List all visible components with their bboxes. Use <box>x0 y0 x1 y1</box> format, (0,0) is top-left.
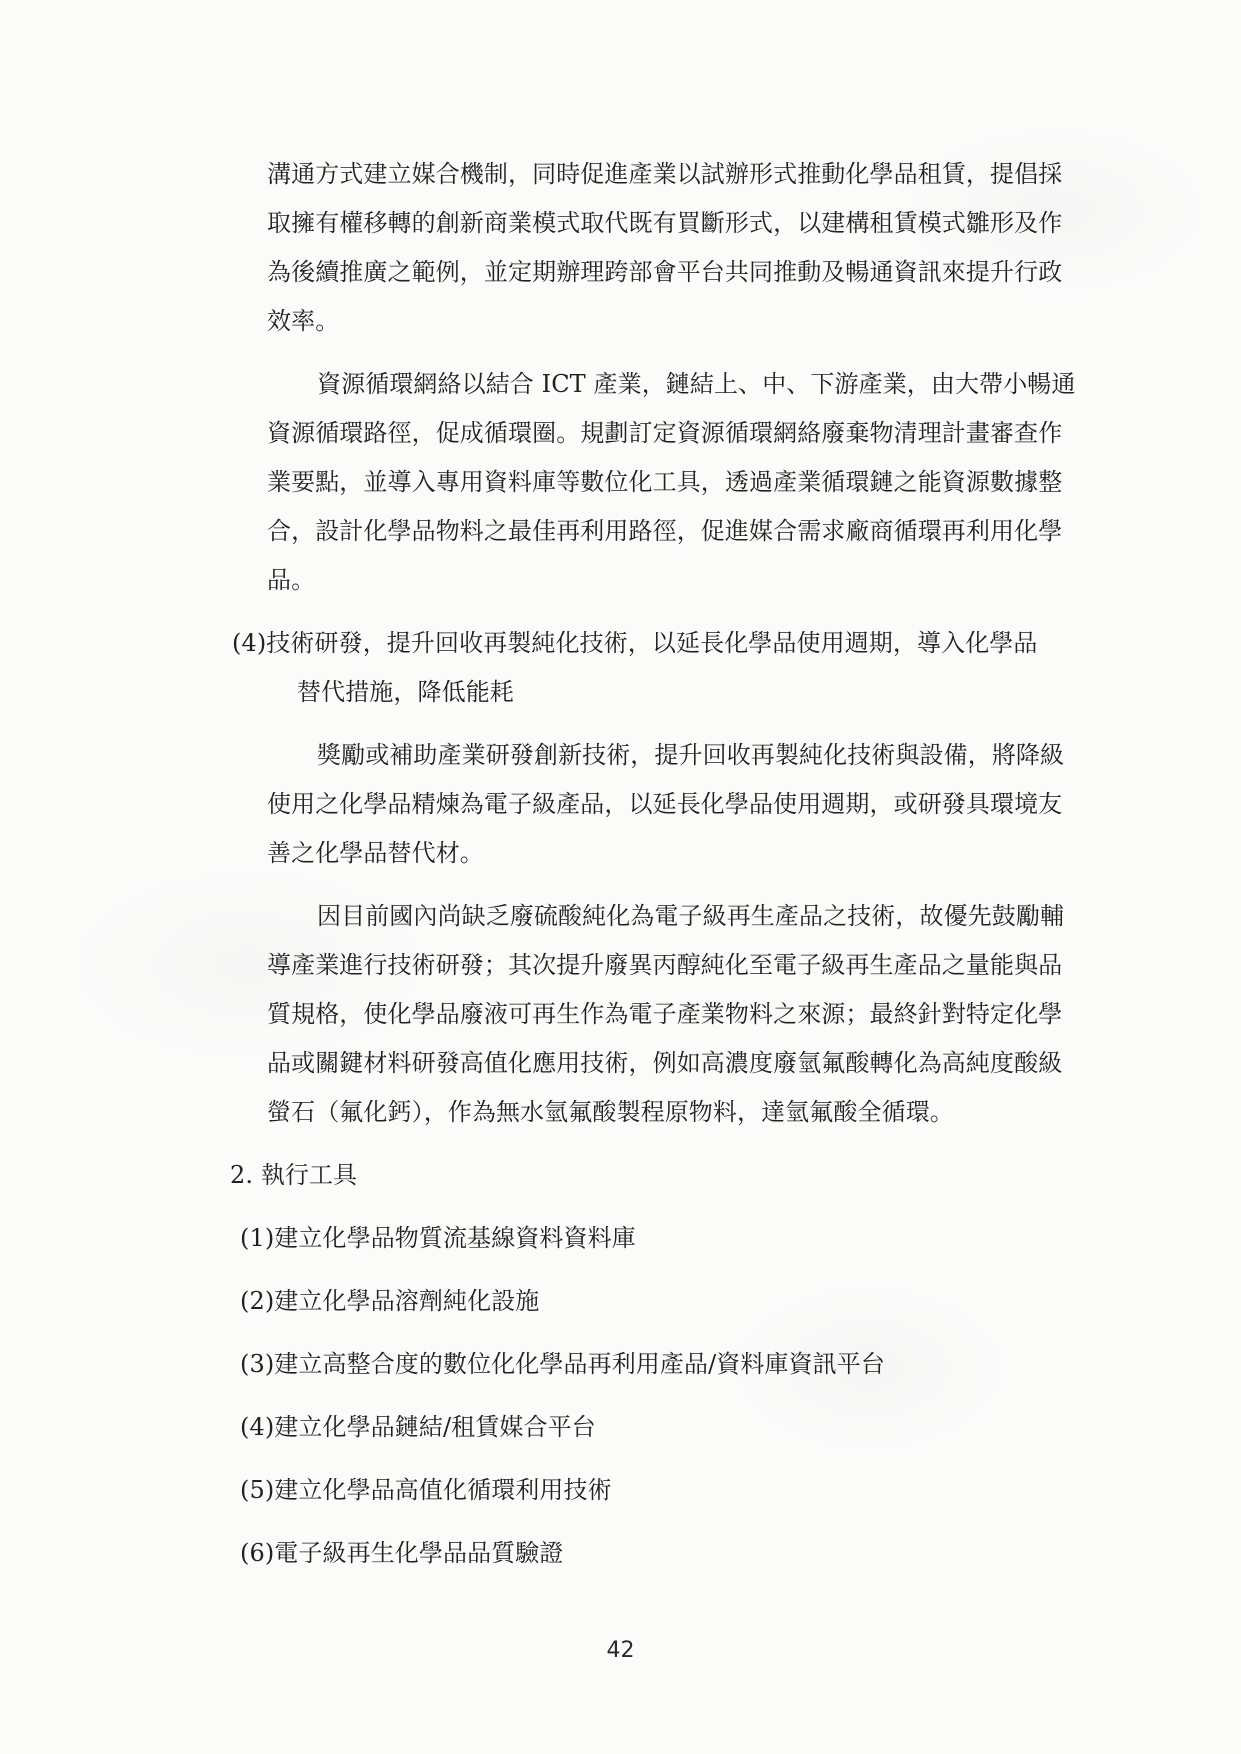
text-line: 效率。 <box>267 297 1067 346</box>
text-line: 溝通方式建立媒合機制，同時促進產業以試辦形式推動化學品租賃，提倡採 <box>267 150 1067 199</box>
text-line: 資源循環路徑，促成循環圈。規劃訂定資源循環網絡廢棄物清理計畫審查作 <box>267 409 1067 458</box>
text-line: (6)電子級再生化學品品質驗證 <box>240 1529 1067 1578</box>
text-line: 資源循環網絡以結合 ICT 產業，鏈結上、中、下游產業，由大帶小暢通 <box>267 360 1067 409</box>
text-line: 取擁有權移轉的創新商業模式取代既有買斷形式，以建構租賃模式雛形及作 <box>267 199 1067 248</box>
tool-item-1: (1)建立化學品物質流基線資料資料庫 <box>267 1214 1067 1263</box>
text-line: 品或關鍵材料研發高值化應用技術，例如高濃度廢氫氟酸轉化為高純度酸級 <box>267 1039 1067 1088</box>
text-line: 合，設計化學品物料之最佳再利用路徑，促進媒合需求廠商循環再利用化學 <box>267 507 1067 556</box>
section-heading: 2. 執行工具 <box>267 1151 1067 1200</box>
page-number: 42 <box>0 1638 1241 1663</box>
text-line: (4)技術研發，提升回收再製純化技術，以延長化學品使用週期，導入化學品 <box>232 619 1067 668</box>
text-column: 溝通方式建立媒合機制，同時促進產業以試辦形式推動化學品租賃，提倡採 取擁有權移轉… <box>267 150 1067 1578</box>
text-line: 善之化學品替代材。 <box>267 829 1067 878</box>
text-line: (4)建立化學品鏈結/租賃媒合平台 <box>240 1403 1067 1452</box>
text-line: 2. 執行工具 <box>230 1151 1067 1200</box>
text-line: 為後續推廣之範例，並定期辦理跨部會平台共同推動及暢通資訊來提升行政 <box>267 248 1067 297</box>
paragraph: 獎勵或補助產業研發創新技術，提升回收再製純化技術與設備，將降級 使用之化學品精煉… <box>267 731 1067 878</box>
paragraph: 資源循環網絡以結合 ICT 產業，鏈結上、中、下游產業，由大帶小暢通 資源循環路… <box>267 360 1067 605</box>
text-line: 使用之化學品精煉為電子級產品，以延長化學品使用週期，或研發具環境友 <box>267 780 1067 829</box>
tool-item-3: (3)建立高整合度的數位化化學品再利用產品/資料庫資訊平台 <box>267 1340 1067 1389</box>
text-line: 獎勵或補助產業研發創新技術，提升回收再製純化技術與設備，將降級 <box>267 731 1067 780</box>
list-item-heading: (4)技術研發，提升回收再製純化技術，以延長化學品使用週期，導入化學品 替代措施… <box>267 619 1067 717</box>
tool-item-5: (5)建立化學品高值化循環利用技術 <box>267 1466 1067 1515</box>
text-line: (5)建立化學品高值化循環利用技術 <box>240 1466 1067 1515</box>
text-line: 質規格，使化學品廢液可再生作為電子產業物料之來源；最終針對特定化學 <box>267 990 1067 1039</box>
text-line: 導產業進行技術研發；其次提升廢異丙醇純化至電子級再生產品之量能與品 <box>267 941 1067 990</box>
tool-item-2: (2)建立化學品溶劑純化設施 <box>267 1277 1067 1326</box>
tool-item-4: (4)建立化學品鏈結/租賃媒合平台 <box>267 1403 1067 1452</box>
text-line: 品。 <box>267 556 1067 605</box>
text-line: 因目前國內尚缺乏廢硫酸純化為電子級再生產品之技術，故優先鼓勵輔 <box>267 892 1067 941</box>
text-line: 業要點，並導入專用資料庫等數位化工具，透過產業循環鏈之能資源數據整 <box>267 458 1067 507</box>
tool-item-6: (6)電子級再生化學品品質驗證 <box>267 1529 1067 1578</box>
text-line: (1)建立化學品物質流基線資料資料庫 <box>240 1214 1067 1263</box>
document-page: 溝通方式建立媒合機制，同時促進產業以試辦形式推動化學品租賃，提倡採 取擁有權移轉… <box>0 0 1241 1754</box>
text-line: (2)建立化學品溶劑純化設施 <box>240 1277 1067 1326</box>
text-line: 替代措施，降低能耗 <box>297 668 1067 717</box>
paragraph-continuation: 溝通方式建立媒合機制，同時促進產業以試辦形式推動化學品租賃，提倡採 取擁有權移轉… <box>267 150 1067 346</box>
text-line: 螢石（氟化鈣），作為無水氫氟酸製程原物料，達氫氟酸全循環。 <box>267 1088 1067 1137</box>
paragraph: 因目前國內尚缺乏廢硫酸純化為電子級再生產品之技術，故優先鼓勵輔 導產業進行技術研… <box>267 892 1067 1137</box>
text-line: (3)建立高整合度的數位化化學品再利用產品/資料庫資訊平台 <box>240 1340 1067 1389</box>
